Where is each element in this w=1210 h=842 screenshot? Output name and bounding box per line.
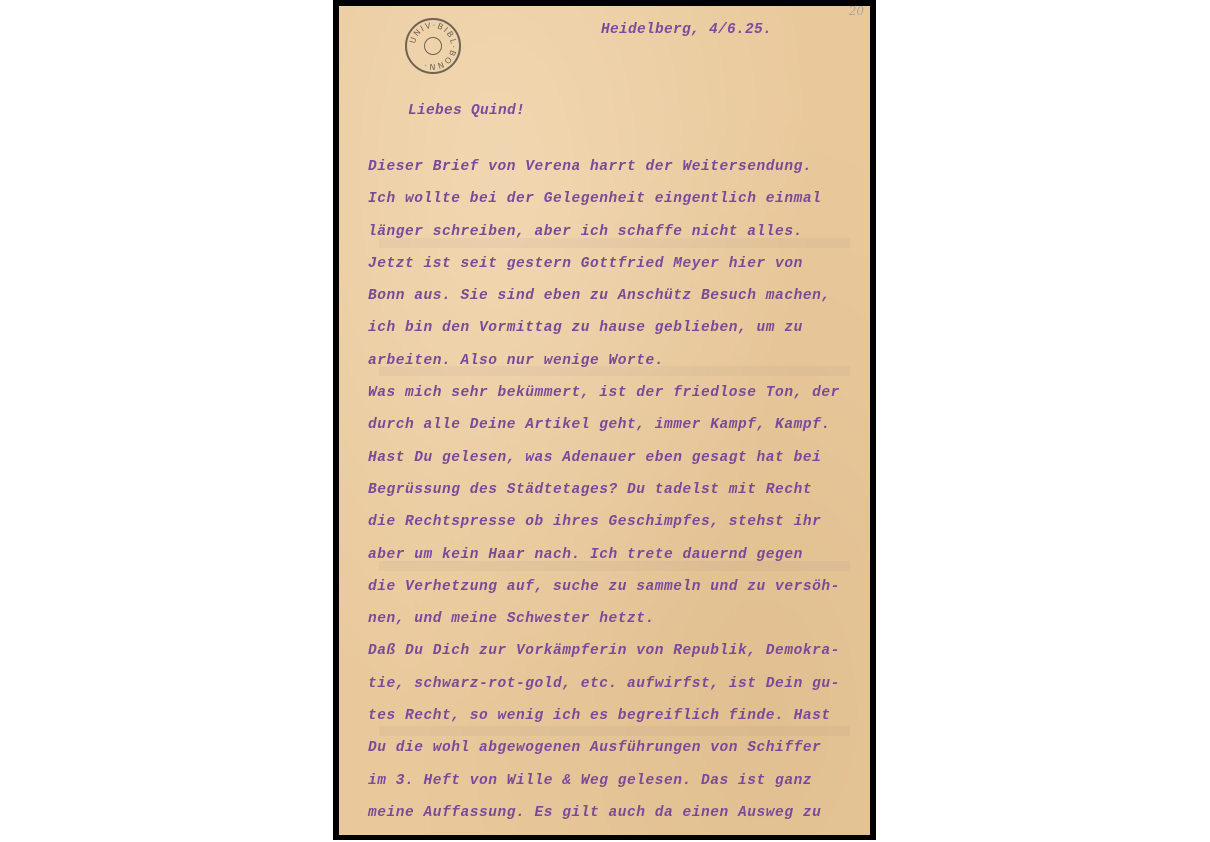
- text-line: Ich wollte bei der Gelegenheit eingentli…: [368, 183, 868, 215]
- library-stamp: UNIV·BIBL·BONN·: [405, 18, 461, 74]
- text-line: meine Auffassung. Es gilt auch da einen …: [368, 797, 868, 829]
- text-line: Dieser Brief von Verena harrt der Weiter…: [368, 151, 868, 183]
- text-line: tes Recht, so wenig ich es begreiflich f…: [368, 700, 868, 732]
- stamp-inner-circle: [424, 37, 442, 55]
- salutation: Liebes Quind!: [408, 103, 525, 119]
- text-line: die Rechtspresse ob ihres Geschimpfes, s…: [368, 506, 868, 538]
- text-line: im 3. Heft von Wille & Weg gelesen. Das …: [368, 765, 868, 797]
- letter-body: Dieser Brief von Verena harrt der Weiter…: [368, 151, 868, 829]
- text-line: Daß Du Dich zur Vorkämpferin von Republi…: [368, 635, 868, 667]
- text-line: tie, schwarz-rot-gold, etc. aufwirfst, i…: [368, 668, 868, 700]
- text-line: ich bin den Vormittag zu hause geblieben…: [368, 312, 868, 344]
- text-line: die Verhetzung auf, suche zu sammeln und…: [368, 571, 868, 603]
- text-line: Was mich sehr bekümmert, ist der friedlo…: [368, 377, 868, 409]
- letter-page: 20 UNIV·BIBL·BONN· Heidelberg, 4/6.25. L…: [339, 6, 870, 835]
- text-line: Bonn aus. Sie sind eben zu Anschütz Besu…: [368, 280, 868, 312]
- text-line: nen, und meine Schwester hetzt.: [368, 603, 868, 635]
- text-line: aber um kein Haar nach. Ich trete dauern…: [368, 539, 868, 571]
- text-line: Du die wohl abgewogenen Ausführungen von…: [368, 732, 868, 764]
- text-line: länger schreiben, aber ich schaffe nicht…: [368, 216, 868, 248]
- dateline: Heidelberg, 4/6.25.: [601, 22, 772, 38]
- text-line: Hast Du gelesen, was Adenauer eben gesag…: [368, 442, 868, 474]
- folio-number: 20: [849, 6, 864, 18]
- text-line: Jetzt ist seit gestern Gottfried Meyer h…: [368, 248, 868, 280]
- text-line: durch alle Deine Artikel geht, immer Kam…: [368, 409, 868, 441]
- text-line: Begrüssung des Städtetages? Du tadelst m…: [368, 474, 868, 506]
- text-line: arbeiten. Also nur wenige Worte.: [368, 345, 868, 377]
